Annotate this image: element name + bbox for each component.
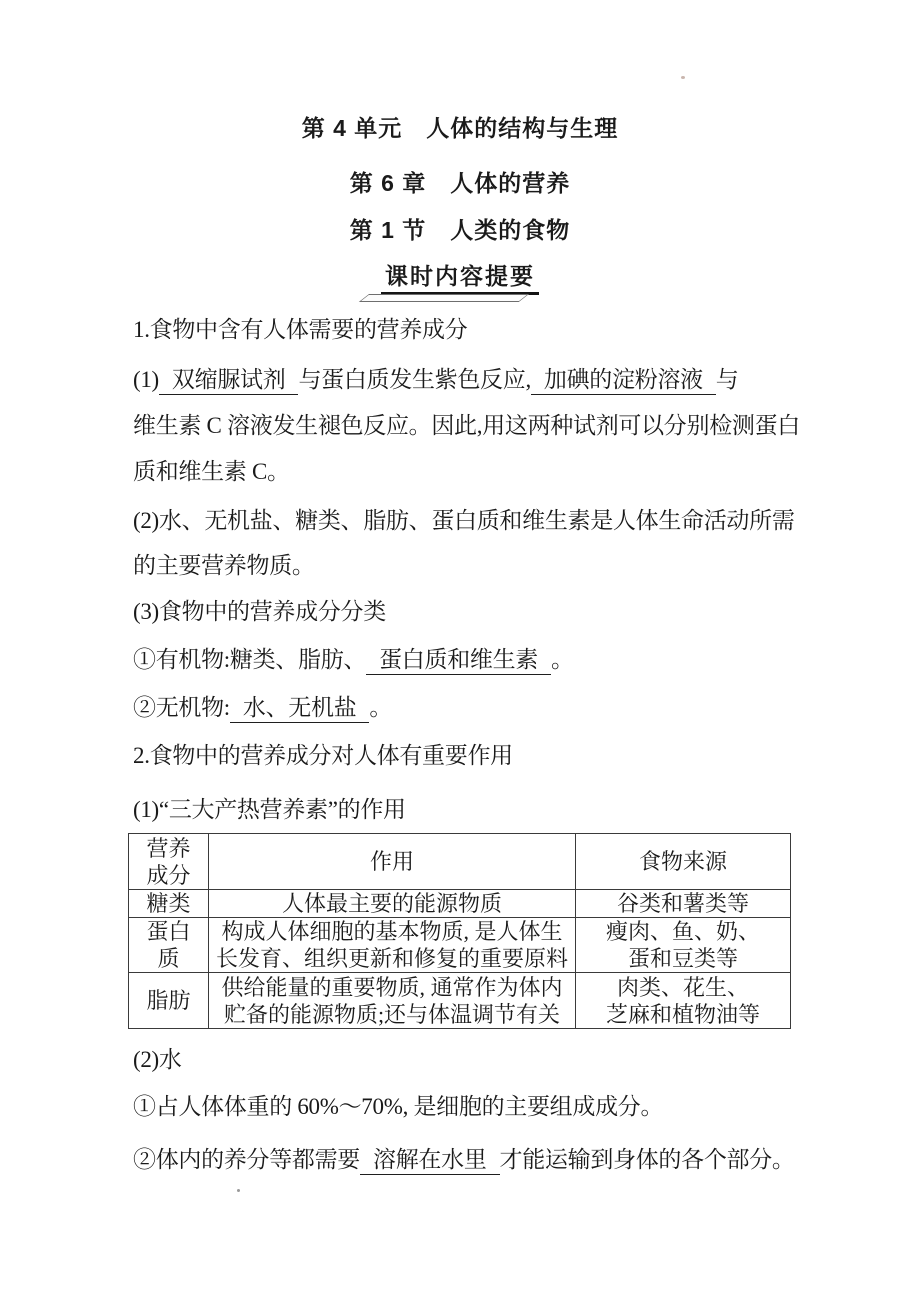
blank-iodine-starch: 加碘的淀粉溶液 — [531, 367, 716, 395]
blank-organic-answer: 蛋白质和维生素 — [366, 647, 551, 675]
nutrient-table: 营养 成分 作用 食物来源 糖类 人体最主要的能源物质 谷类和薯类等 蛋白 质 … — [128, 833, 791, 1029]
scan-speck — [681, 76, 685, 79]
summary-heading: 课时内容提要 — [0, 263, 920, 295]
water-point2-prefix: ②体内的养分等都需要 — [133, 1147, 360, 1172]
cell-function: 构成人体细胞的基本物质, 是人体生 长发育、组织更新和修复的重要原料 — [209, 918, 576, 973]
reagent-prefix: (1) — [133, 367, 159, 392]
table-row-sugar: 糖类 人体最主要的能源物质 谷类和薯类等 — [129, 890, 791, 918]
water-point-1: ①占人体体重的 60%～70%, 是细胞的主要组成成分。 — [133, 1093, 663, 1121]
document-page: 第 4 单元 人体的结构与生理 第 6 章 人体的营养 第 1 节 人类的食物 … — [0, 0, 920, 1302]
reagent-line-1: (1)双缩脲试剂与蛋白质发生紫色反应,加碘的淀粉溶液与 — [133, 366, 739, 395]
reagent-line-2: 维生素 C 溶液发生褪色反应。因此,用这两种试剂可以分别检测蛋白 — [133, 412, 800, 440]
blank-dissolved-in-water: 溶解在水里 — [360, 1147, 500, 1175]
table-header-row: 营养 成分 作用 食物来源 — [129, 834, 791, 890]
water-point-2: ②体内的养分等都需要溶解在水里才能运输到身体的各个部分。 — [133, 1146, 795, 1175]
classify-title: (3)食物中的营养成分分类 — [133, 598, 386, 626]
unit-title: 第 4 单元 人体的结构与生理 — [0, 114, 920, 142]
table-row-protein: 蛋白 质 构成人体细胞的基本物质, 是人体生 长发育、组织更新和修复的重要原料 … — [129, 918, 791, 973]
cell-nutrient: 蛋白 质 — [129, 918, 209, 973]
cell-food-source: 肉类、花生、 芝麻和植物油等 — [576, 973, 791, 1029]
table-row-fat: 脂肪 供给能量的重要物质, 通常作为体内 贮备的能源物质;还与体温调节有关 肉类… — [129, 973, 791, 1029]
nutrients-line-1: (2)水、无机盐、糖类、脂肪、蛋白质和维生素是人体生命活动所需 — [133, 507, 795, 535]
inorganic-line: ②无机物:水、无机盐。 — [133, 694, 392, 723]
reagent-suffix: 与 — [716, 367, 739, 392]
inorganic-prefix: ②无机物: — [133, 695, 230, 720]
reagent-mid: 与蛋白质发生紫色反应, — [298, 367, 530, 392]
chapter-title: 第 6 章 人体的营养 — [0, 169, 920, 197]
summary-label: 课时内容提要 — [385, 263, 535, 289]
water-title: (2)水 — [133, 1046, 182, 1074]
point-2-title: 2.食物中的营养成分对人体有重要作用 — [133, 742, 513, 770]
cell-function: 人体最主要的能源物质 — [209, 890, 576, 918]
cell-nutrient: 脂肪 — [129, 973, 209, 1029]
water-point2-suffix: 才能运输到身体的各个部分。 — [500, 1147, 795, 1172]
cell-food-source: 瘦肉、鱼、奶、 蛋和豆类等 — [576, 918, 791, 973]
blank-inorganic-answer: 水、无机盐 — [230, 695, 370, 723]
inorganic-suffix: 。 — [369, 695, 392, 720]
organic-suffix: 。 — [551, 647, 574, 672]
summary-heading-text: 课时内容提要 — [381, 263, 539, 295]
sub1-title: (1)“三大产热营养素”的作用 — [133, 796, 406, 824]
cell-nutrient: 糖类 — [129, 890, 209, 918]
blank-biuret-reagent: 双缩脲试剂 — [159, 367, 299, 395]
section-title: 第 1 节 人类的食物 — [0, 216, 920, 244]
nutrients-line-2: 的主要营养物质。 — [133, 552, 315, 580]
cell-function: 供给能量的重要物质, 通常作为体内 贮备的能源物质;还与体温调节有关 — [209, 973, 576, 1029]
summary-shadow-decoration — [359, 294, 529, 302]
reagent-line-3: 质和维生素 C。 — [133, 458, 290, 486]
cell-food-source: 谷类和薯类等 — [576, 890, 791, 918]
header-food-source: 食物来源 — [576, 834, 791, 890]
point-1-title: 1.食物中含有人体需要的营养成分 — [133, 316, 467, 344]
header-nutrient: 营养 成分 — [129, 834, 209, 890]
header-function: 作用 — [209, 834, 576, 890]
organic-line: ①有机物:糖类、脂肪、蛋白质和维生素。 — [133, 646, 574, 675]
scan-speck — [237, 1189, 240, 1192]
organic-prefix: ①有机物:糖类、脂肪、 — [133, 647, 366, 672]
